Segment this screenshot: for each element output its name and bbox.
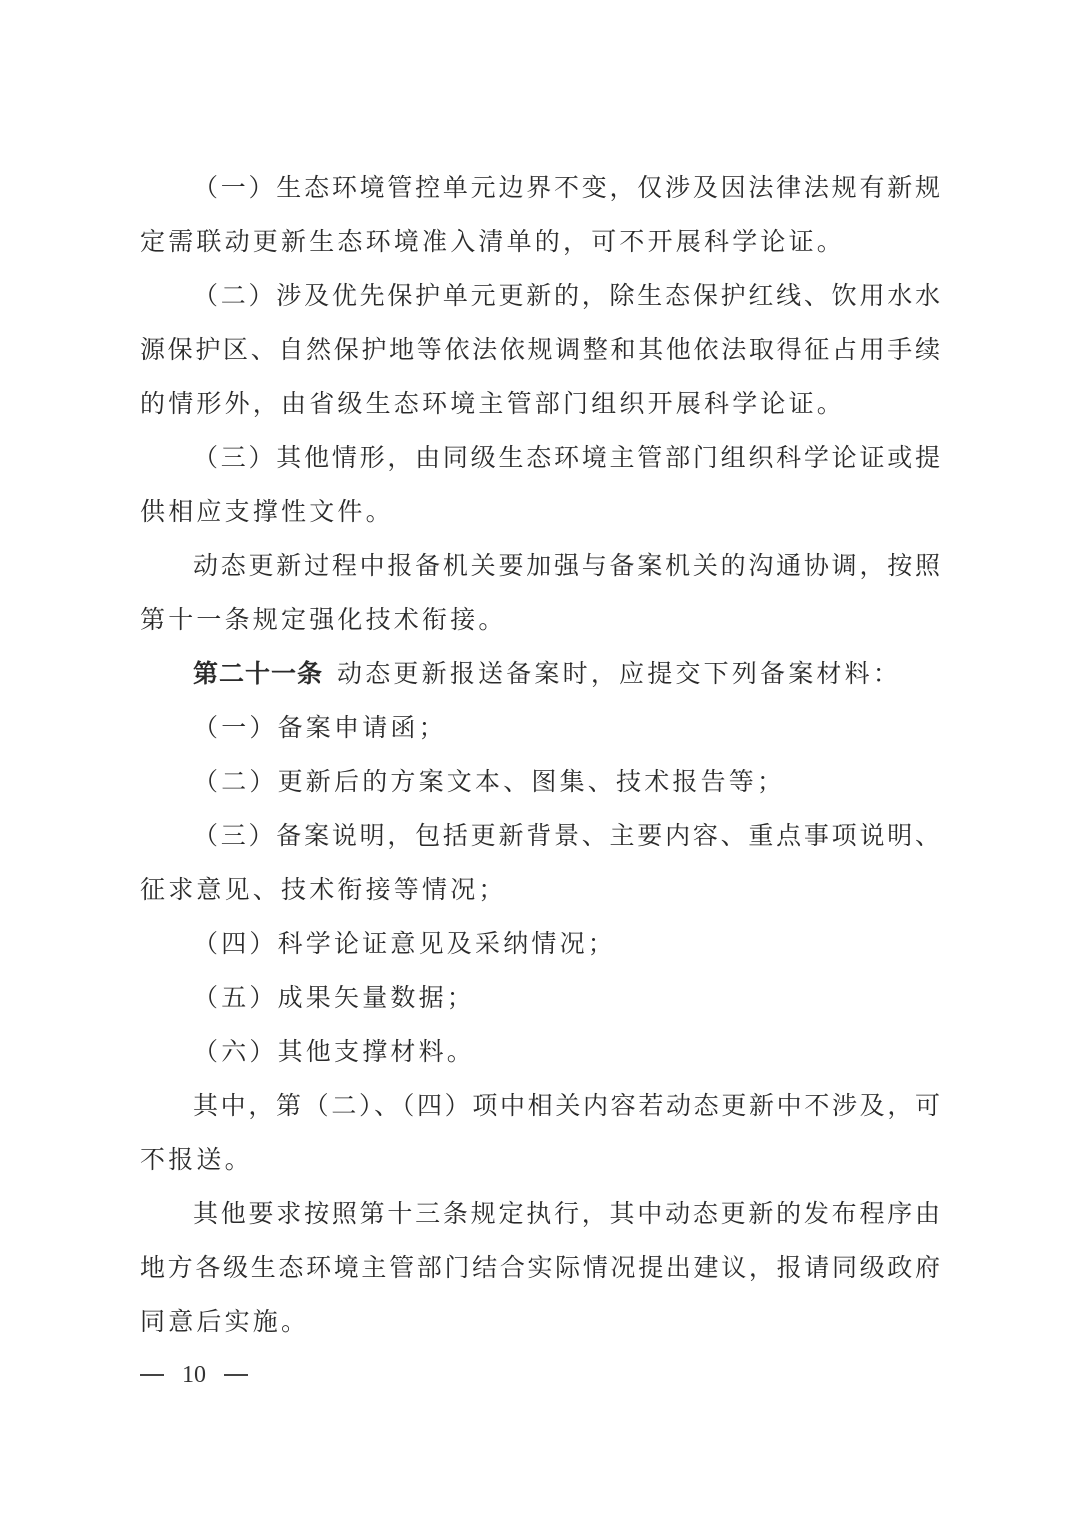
paragraph-line: 地方各级生态环境主管部门结合实际情况提出建议，报请同级政府 (140, 1241, 940, 1295)
paragraph-line: 其中，第（二）、（四）项中相关内容若动态更新中不涉及，可 (193, 1079, 940, 1133)
list-item: （三）备案说明，包括更新背景、主要内容、重点事项说明、 (193, 809, 940, 863)
paragraph-line: （三）其他情形，由同级生态环境主管部门组织科学论证或提 (193, 431, 940, 485)
paragraph-line: 其他要求按照第十三条规定执行，其中动态更新的发布程序由 (193, 1187, 940, 1241)
paragraph-line: 不报送。 (140, 1133, 940, 1187)
article-heading: 第二十一条 (193, 659, 323, 688)
paragraph-line: 动态更新过程中报备机关要加强与备案机关的沟通协调，按照 (193, 539, 940, 593)
list-item: （一）备案申请函； (193, 701, 940, 755)
article-line: 第二十一条动态更新报送备案时，应提交下列备案材料： (193, 647, 940, 701)
paragraph-line: 源保护区、自然保护地等依法依规调整和其他依法取得征占用手续 (140, 323, 940, 377)
page-number: 10 (140, 1355, 248, 1395)
paragraph-line: 同意后实施。 (140, 1295, 940, 1349)
dash-left (140, 1374, 164, 1376)
paragraph-line: 第十一条规定强化技术衔接。 (140, 593, 940, 647)
list-item-continuation: 征求意见、技术衔接等情况； (140, 863, 940, 917)
page-number-value: 10 (182, 1355, 206, 1395)
paragraph-line: 定需联动更新生态环境准入清单的，可不开展科学论证。 (140, 215, 940, 269)
list-item: （五）成果矢量数据； (193, 971, 940, 1025)
article-text: 动态更新报送备案时，应提交下列备案材料： (337, 659, 901, 688)
document-page: （一）生态环境管控单元边界不变，仅涉及因法律法规有新规 定需联动更新生态环境准入… (0, 0, 1080, 1527)
paragraph-line: 的情形外，由省级生态环境主管部门组织开展科学论证。 (140, 377, 940, 431)
dash-right (224, 1374, 248, 1376)
paragraph-line: （二）涉及优先保护单元更新的，除生态保护红线、饮用水水 (193, 269, 940, 323)
list-item: （六）其他支撑材料。 (193, 1025, 940, 1079)
list-item: （四）科学论证意见及采纳情况； (193, 917, 940, 971)
paragraph-line: 供相应支撑性文件。 (140, 485, 940, 539)
list-item: （二）更新后的方案文本、图集、技术报告等； (193, 755, 940, 809)
paragraph-line: （一）生态环境管控单元边界不变，仅涉及因法律法规有新规 (193, 161, 940, 215)
